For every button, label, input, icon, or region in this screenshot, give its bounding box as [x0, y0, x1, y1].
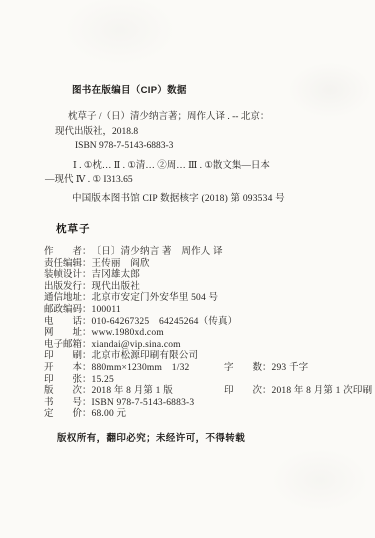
- cip-isbn-line: ISBN 978-7-5143-6883-3: [75, 139, 345, 154]
- colophon-value: 现代出版社: [92, 282, 141, 294]
- colophon-label: 通信地址: [44, 293, 82, 305]
- colophon-label: 印次: [224, 386, 262, 398]
- colophon-label: 电子邮箱: [44, 340, 82, 352]
- colophon-value: 68.00 元: [92, 409, 127, 421]
- colophon-value: xiandai@vip.sina.com: [92, 340, 181, 352]
- colophon-value: ISBN 978-7-5143-6883-3: [92, 398, 195, 410]
- colophon-row-author: 作者：〔日〕清少纳言 著 周作人 译: [44, 247, 354, 259]
- colophon-label: 装帧设计: [44, 270, 82, 282]
- colophon-row-isbn: 书号：ISBN 978-7-5143-6883-3: [44, 398, 354, 410]
- colophon-row-phone: 电话：010-64267325 64245264（传真）: [44, 317, 354, 329]
- colophon-label: 邮政编码: [44, 305, 82, 317]
- cip-entry-block: 枕草子 /（日）清少纳言著；周作人译 . -- 北京： 现代出版社，2018.8…: [55, 110, 345, 154]
- book-title: 枕草子: [56, 221, 91, 236]
- colophon-label: 出版发行: [44, 282, 82, 294]
- colophon-colon: ：: [82, 409, 92, 421]
- colophon-label: 作者: [44, 247, 82, 259]
- cip-entry-line1: 枕草子 /（日）清少纳言著；周作人译 . -- 北京：: [68, 110, 345, 125]
- colophon-label: 书号: [44, 398, 82, 410]
- colophon-row-price: 定价：68.00 元: [44, 409, 354, 421]
- colophon-colon: ：: [82, 386, 92, 398]
- copyright-notice: 版权所有，翻印必究；未经许可，不得转载: [57, 430, 245, 444]
- colophon-row-postcode: 邮政编码：100011: [44, 305, 354, 317]
- colophon-colon: ：: [82, 317, 92, 329]
- colophon-colon: ：: [262, 386, 272, 398]
- cip-heading: 图书在版编目（CIP）数据: [72, 82, 187, 96]
- cip-class-line1: Ⅰ . ①枕… Ⅱ . ①清… ②周… Ⅲ . ①散文集—日本: [73, 159, 355, 173]
- colophon-value: 王传丽 阎欣: [92, 259, 150, 271]
- colophon-label: 版次: [44, 386, 82, 398]
- copyright-page: 图书在版编目（CIP）数据 枕草子 /（日）清少纳言著；周作人译 . -- 北京…: [0, 0, 375, 538]
- colophon-row-website: 网址：www.1980xd.com: [44, 328, 354, 340]
- colophon-row-sheets: 印张：15.25: [44, 375, 354, 387]
- colophon-row-format: 开本：880mm×1230mm 1/32字数：293 千字: [44, 363, 354, 375]
- colophon-row-email: 电子邮箱：xiandai@vip.sina.com: [44, 340, 354, 352]
- colophon-colon: ：: [82, 247, 92, 259]
- colophon-row-address: 通信地址：北京市安定门外安华里 504 号: [44, 293, 354, 305]
- colophon-value: 北京市松源印刷有限公司: [92, 351, 199, 363]
- colophon-label: 字数: [224, 363, 262, 375]
- colophon-row-printer: 印刷：北京市松源印刷有限公司: [44, 351, 354, 363]
- colophon-colon: ：: [82, 328, 92, 340]
- cip-entry-line2: 现代出版社，2018.8: [55, 125, 345, 140]
- colophon-value: 2018 年 8 月第 1 次印刷: [272, 386, 373, 398]
- colophon-row-edition: 版次：2018 年 8 月第 1 版印次：2018 年 8 月第 1 次印刷: [44, 386, 354, 398]
- colophon-colon: ：: [82, 305, 92, 317]
- colophon-value: 2018 年 8 月第 1 版: [92, 386, 173, 398]
- colophon-label: 定价: [44, 409, 82, 421]
- colophon-value: www.1980xd.com: [92, 328, 164, 340]
- colophon-colon: ：: [82, 293, 92, 305]
- colophon-value: 100011: [92, 305, 121, 317]
- colophon-value: 〔日〕清少纳言 著 周作人 译: [92, 247, 223, 259]
- colophon-colon: ：: [262, 363, 272, 375]
- colophon-label: 开本: [44, 363, 82, 375]
- colophon-block: 作者：〔日〕清少纳言 著 周作人 译 责任编辑：王传丽 阎欣 装帧设计：吉冈雄太…: [44, 247, 354, 421]
- colophon-colon: ：: [82, 398, 92, 410]
- colophon-label: 印刷: [44, 351, 82, 363]
- colophon-value: 880mm×1230mm 1/32: [92, 363, 190, 375]
- cip-class-line2: —现代 Ⅳ . ① I313.65: [45, 173, 355, 187]
- colophon-label: 印张: [44, 375, 82, 387]
- colophon-row-publisher: 出版发行：现代出版社: [44, 282, 354, 294]
- colophon-row-wordcount: 字数：293 千字: [224, 363, 308, 375]
- cip-registry-number: 中国版本图书馆 CIP 数据核字 (2018) 第 093534 号: [72, 190, 285, 204]
- colophon-value: 15.25: [92, 375, 114, 387]
- colophon-value: 吉冈雄太郎: [92, 270, 141, 282]
- colophon-value: 北京市安定门外安华里 504 号: [92, 293, 219, 305]
- colophon-label: 电话: [44, 317, 82, 329]
- colophon-colon: ：: [82, 351, 92, 363]
- colophon-row-editor: 责任编辑：王传丽 阎欣: [44, 259, 354, 271]
- colophon-value: 293 千字: [272, 363, 309, 375]
- colophon-label: 责任编辑: [44, 259, 82, 271]
- colophon-colon: ：: [82, 375, 92, 387]
- colophon-row-designer: 装帧设计：吉冈雄太郎: [44, 270, 354, 282]
- cip-classification-block: Ⅰ . ①枕… Ⅱ . ①清… ②周… Ⅲ . ①散文集—日本 —现代 Ⅳ . …: [55, 159, 355, 187]
- colophon-colon: ：: [82, 363, 92, 375]
- colophon-colon: ：: [82, 270, 92, 282]
- colophon-colon: ：: [82, 282, 92, 294]
- colophon-colon: ：: [82, 259, 92, 271]
- colophon-colon: ：: [82, 340, 92, 352]
- colophon-row-impression: 印次：2018 年 8 月第 1 次印刷: [224, 386, 372, 398]
- colophon-label: 网址: [44, 328, 82, 340]
- colophon-value: 010-64267325 64245264（传真）: [92, 317, 238, 329]
